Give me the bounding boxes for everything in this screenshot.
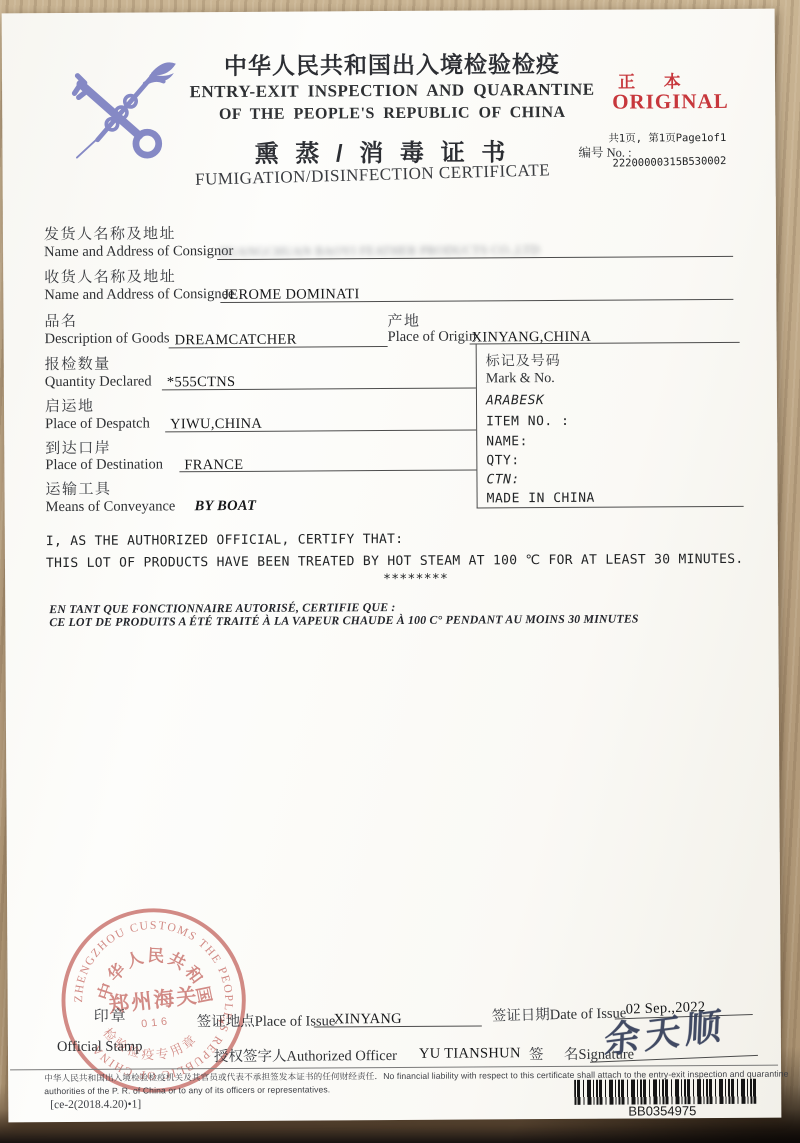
barcode-value: BB0354975 (628, 1103, 696, 1118)
destination-label-cn: 到达口岸 (45, 437, 111, 458)
stamp-code: 016 (141, 1015, 172, 1030)
disclaimer-line2: authorities of the P. R. of China or to … (44, 1084, 330, 1096)
despatch-label-en: Place of Despatch (45, 415, 150, 433)
authorized-officer-label-en: Authorized Officer (286, 1048, 397, 1065)
org-title-en-line2: OF THE PEOPLE'S REPUBLIC OF CHINA (112, 103, 672, 124)
consignee-label-cn: 收货人名称及地址 (44, 265, 176, 287)
quantity-label-en: Quantity Declared (45, 373, 152, 391)
destination-label-en: Place of Destination (45, 456, 163, 474)
authorized-officer-value: YU TIANSHUN (419, 1045, 521, 1063)
original-label-en: ORIGINAL (612, 89, 729, 115)
mark-line-made-in-china: MADE IN CHINA (487, 491, 595, 507)
certificate-paper: 中华人民共和国出入境检验检疫 ENTRY-EXIT INSPECTION AND… (2, 9, 782, 1123)
conveyance-value: BY BOAT (195, 498, 257, 515)
certificate-no-value: 22200000315B530002 (612, 155, 726, 170)
mark-line-item-no: ITEM NO. : (486, 414, 569, 430)
conveyance-label-cn: 运输工具 (45, 478, 111, 499)
consignee-label-en: Name and Address of Consignee (44, 286, 234, 304)
stamp-label-en: Official Stamp (57, 1039, 143, 1057)
org-title-cn: 中华人民共和国出入境检验检疫 (142, 45, 642, 81)
origin-label-en: Place of Origin (388, 328, 477, 346)
mark-label-en: Mark & No. (486, 371, 555, 387)
sign-label-cn-1: 签 (529, 1043, 544, 1064)
date-of-issue-label-cn: 签证日期 (492, 1007, 550, 1024)
mark-line-name: NAME: (486, 434, 528, 449)
statement-fr-line2: CE LOT DE PRODUITS A ÉTÉ TRAITÉ À LA VAP… (49, 611, 638, 630)
conveyance-label-en: Means of Conveyance (46, 498, 176, 516)
goods-label-cn: 品名 (44, 310, 77, 331)
statement-en-line2: THIS LOT OF PRODUCTS HAVE BEEN TREATED B… (46, 552, 744, 571)
mark-label-cn: 标记及号码 (486, 350, 561, 370)
mark-line-qty: QTY: (486, 453, 519, 468)
authorized-officer-label-cn: 授权签字人 (214, 1049, 287, 1065)
origin-label-cn: 产地 (387, 310, 420, 331)
goods-label-en: Description of Goods (45, 330, 170, 348)
stamp-label-cn: 印章 (94, 1005, 128, 1026)
org-title-en-line1: ENTRY-EXIT INSPECTION AND QUARANTINE (112, 79, 672, 102)
consignor-label-cn: 发货人名称及地址 (44, 222, 176, 244)
despatch-label-cn: 启运地 (45, 395, 95, 416)
consignor-label-en: Name and Address of Consignor (44, 243, 233, 261)
quantity-label-cn: 报检数量 (45, 353, 111, 374)
mark-line-arabesk: ARABESK (486, 393, 544, 408)
form-code: [ce-2(2018.4.20)•1] (50, 1099, 141, 1112)
statement-separator: ******** (383, 572, 448, 587)
place-of-issue-label-cn: 签证地点 (197, 1014, 255, 1030)
statement-en-line1: I, AS THE AUTHORIZED OFFICIAL, CERTIFY T… (46, 532, 404, 549)
barcode (574, 1079, 756, 1105)
mark-line-ctn: CTN: (486, 472, 519, 487)
sign-label-cn-2: 名 (564, 1047, 579, 1063)
